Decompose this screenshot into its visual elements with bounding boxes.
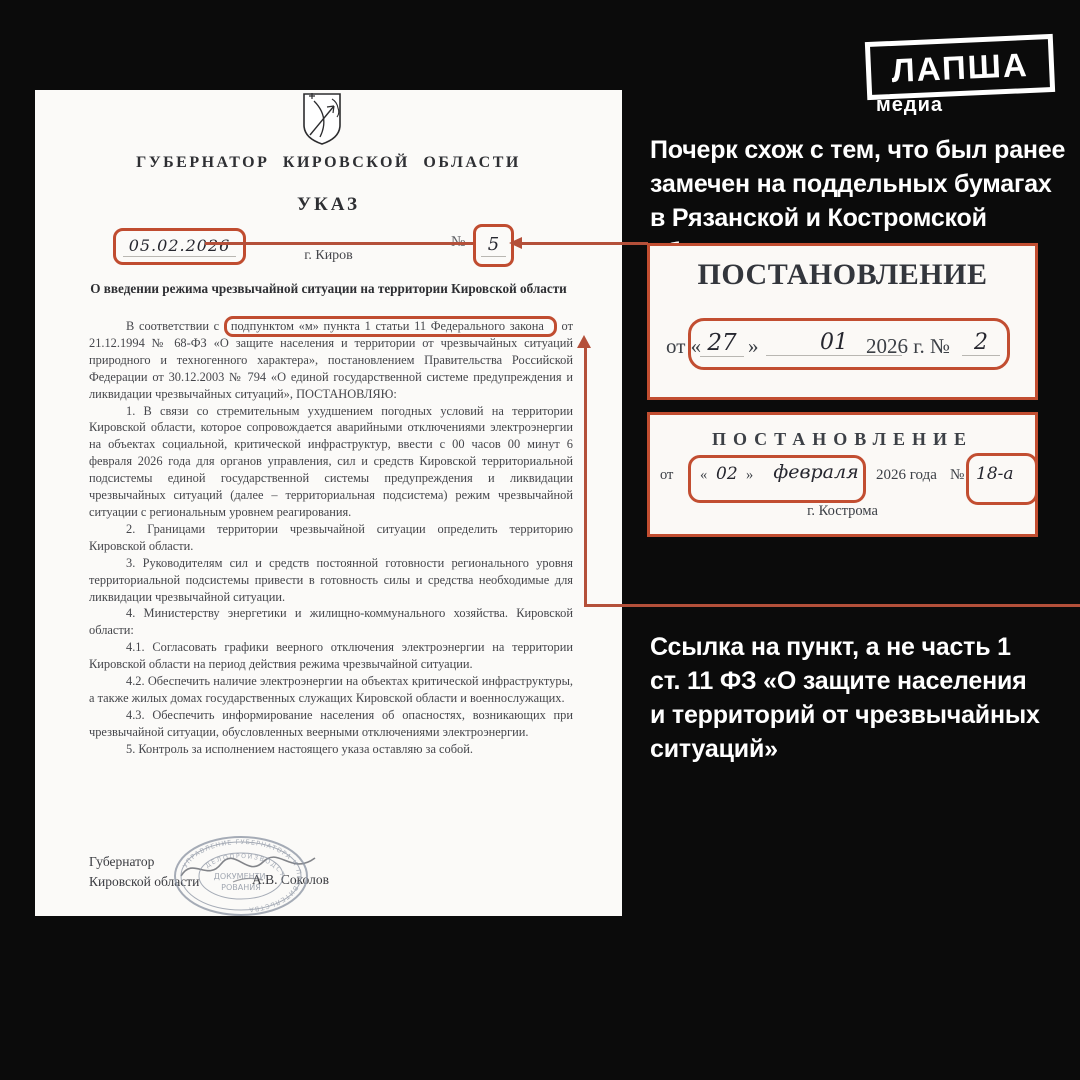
snippet2-year: 2026 года — [876, 467, 937, 484]
paragraph-item: 4.2. Обеспечить наличие электроэнергии н… — [89, 673, 573, 707]
lapsha-media-logo: ЛАПША медиа — [862, 30, 1062, 110]
note-line: замечен на поддельных бумагах — [650, 167, 1070, 201]
snippet1-title: ПОСТАНОВЛЕНИЕ — [650, 258, 1035, 292]
note-line: и территорий от чрезвычайных — [650, 698, 1070, 732]
kirov-coat-of-arms-icon — [299, 91, 345, 147]
paragraph-item: 4.1. Согласовать графики веерного отключ… — [89, 639, 573, 673]
preamble-start: В соответствии с — [126, 319, 224, 333]
note-line: Ссылка на пункт, а не часть 1 — [650, 630, 1070, 664]
note-line: ситуаций» — [650, 732, 1070, 766]
snippet2-title: ПОСТАНОВЛЕНИЕ — [650, 429, 1035, 450]
connector-date-to-number — [205, 242, 473, 245]
decree-title: О введении режима чрезвычайной ситуации … — [75, 280, 582, 297]
snippet2-from: от — [660, 467, 673, 484]
snippet1-handwritten-day: 27 — [700, 330, 744, 357]
snippet2-city: г. Кострома — [650, 503, 1035, 520]
round-stamp: УПРАВЛЕНИЕ ГУБЕРНАТОРА И ПРАВИТЕЛЬСТВА Д… — [171, 834, 311, 916]
infographic-canvas: ЛАПША медиа ГУБЕРНАТОР КИРОВСКОЙ ОБЛАСТИ… — [0, 0, 1080, 1080]
connector-horizontal-to-law-note — [584, 604, 1080, 607]
connector-snippet1-to-number — [520, 242, 648, 245]
snippet1-year-number-label: 2026 г. № — [866, 334, 950, 359]
logo-subtitle: медиа — [876, 94, 943, 117]
snippet2-handwritten-number: 18-а — [976, 464, 1014, 484]
stamp-center-line2: РОВАНИЯ — [221, 883, 261, 892]
paragraph-item: 2. Границами территории чрезвычайной сит… — [89, 521, 573, 555]
paragraph-item: 5. Контроль за исполнением настоящего ук… — [89, 741, 573, 758]
issue-city: г. Киров — [35, 248, 622, 264]
decree-document-scan: ГУБЕРНАТОР КИРОВСКОЙ ОБЛАСТИ УКАЗ 05.02.… — [35, 90, 622, 916]
paragraph-item: 4. Министерству энергетики и жилищно-ком… — [89, 605, 573, 639]
note-line: в Рязанской и Костромской — [650, 201, 1070, 235]
highlighted-law-reference: подпунктом «м» пункта 1 статьи 11 Федера… — [224, 316, 557, 337]
snippet1-from: от « — [666, 334, 701, 359]
fake-resolution-snippet-1: ПОСТАНОВЛЕНИЕ от « 27 » 01 2026 г. № 2 — [647, 243, 1038, 400]
note-line: ст. 11 ФЗ «О защите населения — [650, 664, 1070, 698]
document-type-heading: УКАЗ — [35, 194, 622, 216]
fake-resolution-snippet-2-kostroma: ПОСТАНОВЛЕНИЕ от « 02 » февраля 2026 год… — [647, 412, 1038, 537]
note-line: Почерк схож с тем, что был ранее — [650, 133, 1070, 167]
logo-frame: ЛАПША — [865, 34, 1055, 100]
snippet2-quote-close: » — [746, 467, 753, 484]
stamp-center-line1: ДОКУМЕНТИ- — [214, 872, 269, 881]
snippet2-handwritten-day: 02 — [716, 464, 738, 484]
note-law-reference-error: Ссылка на пункт, а не часть 1 ст. 11 ФЗ … — [650, 630, 1070, 766]
logo-title: ЛАПША — [891, 48, 1030, 87]
snippet2-number-label: № — [950, 467, 964, 484]
paragraph-item: 1. В связи со стремительным ухудшением п… — [89, 403, 573, 521]
snippet1-quote-close: » — [748, 334, 759, 359]
paragraph-item: 3. Руководителям сил и средств постоянно… — [89, 555, 573, 606]
connector-vertical — [584, 347, 587, 605]
snippet1-handwritten-number: 2 — [962, 330, 1000, 356]
issuing-authority: ГУБЕРНАТОР КИРОВСКОЙ ОБЛАСТИ — [35, 154, 622, 172]
snippet2-quote-open: « — [700, 467, 707, 484]
snippet2-handwritten-month: февраля — [766, 461, 866, 483]
paragraph-item: 4.3. Обеспечить информирование населения… — [89, 707, 573, 741]
decree-body: В соответствии с подпунктом «м» пункта 1… — [89, 318, 573, 758]
paragraph-preamble: В соответствии с подпунктом «м» пункта 1… — [89, 318, 573, 403]
